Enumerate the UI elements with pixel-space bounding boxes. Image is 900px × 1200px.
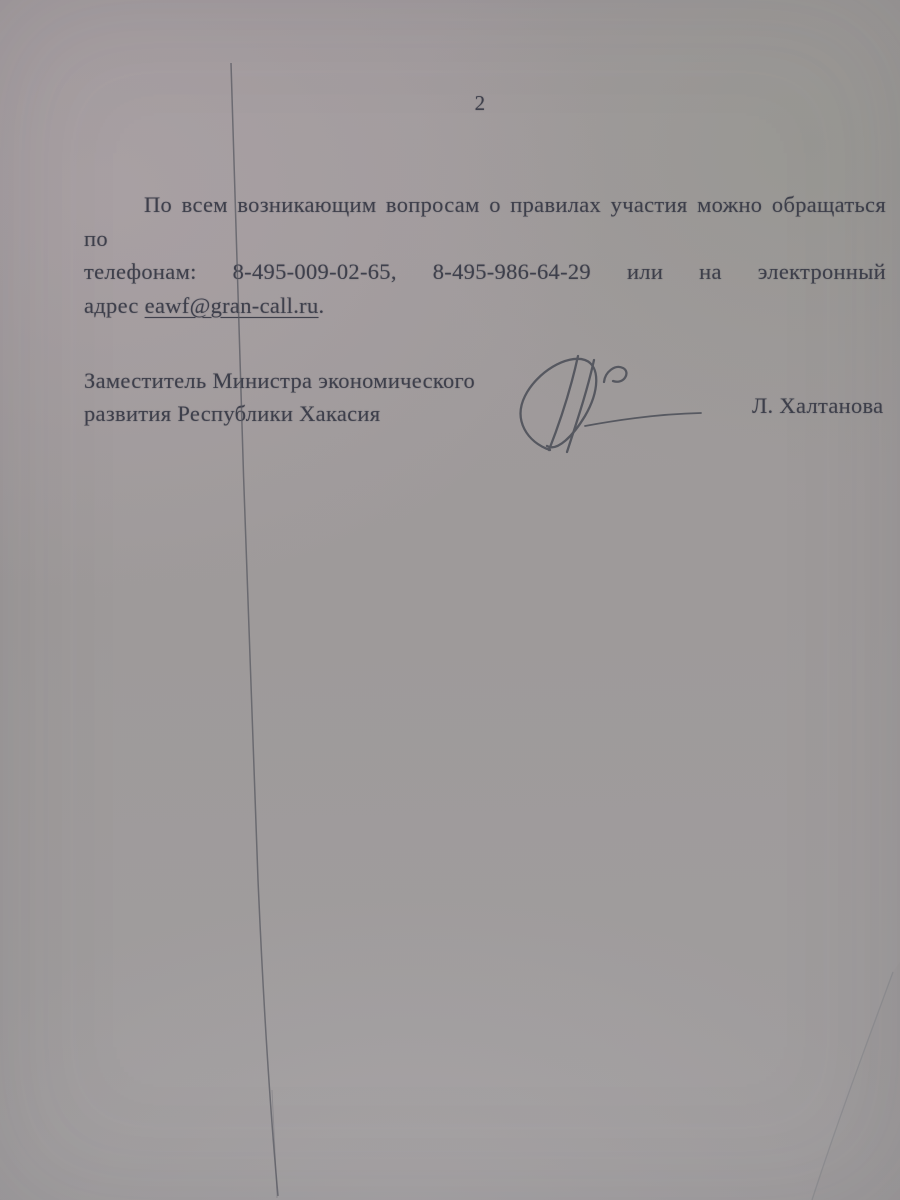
document-photo: 2 По всем возникающим вопросам о правила…: [0, 0, 900, 1200]
paragraph-line-1: По всем возникающим вопросам о правилах …: [84, 188, 886, 255]
contact-paragraph: По всем возникающим вопросам о правилах …: [84, 188, 886, 322]
signer-title-line-1: Заместитель Министра экономического: [84, 365, 475, 398]
email-label: адрес: [84, 293, 145, 318]
handwritten-signature: [505, 348, 715, 458]
page-number: 2: [420, 91, 540, 116]
paper-edge-shade: [812, 962, 900, 1200]
paragraph-line-2: телефонам: 8-495-009-02-65, 8-495-986-64…: [84, 255, 886, 289]
paper-artifacts: [0, 0, 900, 1200]
signer-name: Л. Халтанова: [752, 393, 883, 419]
paragraph-line-3: адрес eawf@gran-call.ru.: [84, 289, 886, 323]
signer-title-line-2: развития Республики Хакасия: [84, 398, 475, 431]
email-address: eawf@gran-call.ru: [145, 293, 319, 318]
signer-title: Заместитель Министра экономического разв…: [84, 365, 475, 430]
paper-edge-line: [812, 972, 893, 1200]
sentence-period: .: [319, 293, 325, 318]
